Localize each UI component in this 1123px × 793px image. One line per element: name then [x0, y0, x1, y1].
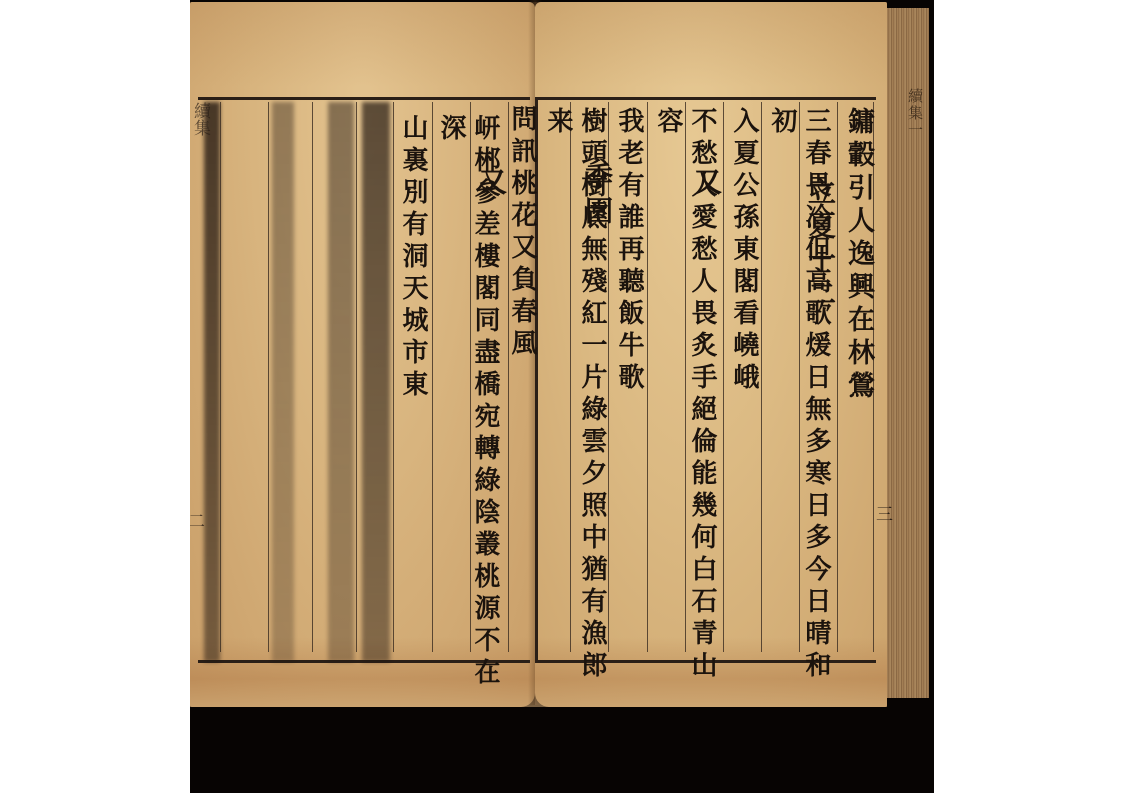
spine-edge-title: 續集一	[890, 88, 926, 178]
ink-bleed-smear	[204, 102, 220, 662]
margin-folio-mark: 二	[190, 507, 205, 532]
folio-number: 三	[876, 500, 893, 525]
right-page: 鏞轂引人逸興在林鶯 立夏十二 三春畏冷但高歌煖日無多寒日多今日晴和初 入夏公孫東…	[535, 2, 887, 707]
column-text-line: 樹頭樹底無殘紅一片綠雲夕照中猶有漁郎来	[541, 107, 609, 707]
column-rule	[312, 102, 313, 652]
water-stain-top	[535, 2, 887, 87]
column-rule	[432, 102, 433, 652]
column-rule	[268, 102, 269, 652]
column-text-line: 問訊桃花又負春風	[505, 105, 539, 361]
column-rule	[393, 102, 394, 652]
margin-title-fragment: 續集	[190, 102, 213, 136]
column-rule	[220, 102, 221, 652]
column-rule	[837, 102, 838, 652]
column-text-line: 岍郴參差樓閣同盡橋宛轉綠陰叢桃源不在深	[434, 114, 502, 707]
column-text-line: 山裏別有洞天城市東	[396, 114, 430, 402]
ink-bleed-smear	[362, 102, 390, 662]
left-page: 續集 二 山裏別有洞天城市東 岍郴參差樓閣同盡橋宛轉綠陰叢桃源不在深 又	[190, 2, 535, 707]
column-rule	[356, 102, 357, 652]
water-stain-top	[190, 2, 535, 87]
book-scan: 續集 二 山裏別有洞天城市東 岍郴參差樓閣同盡橋宛轉綠陰叢桃源不在深 又 鏞轂引…	[190, 0, 934, 793]
ink-bleed-smear	[328, 102, 354, 662]
column-rule	[723, 102, 724, 652]
column-text-line: 我老有誰再聽飯牛歌	[612, 107, 646, 395]
column-text-line: 入夏公孫東閣看嶢峨	[727, 107, 761, 395]
ink-bleed-smear	[272, 102, 294, 662]
poem-heading: 又	[474, 167, 508, 201]
column-rule	[761, 102, 762, 652]
column-text-line: 不愁人愛愁人畏炙手絕倫能幾何白石青山容	[651, 107, 719, 707]
column-rule	[647, 102, 648, 652]
column-text-line: 鏞轂引人逸興在林鶯	[841, 107, 875, 404]
column-text-line: 三春畏冷但高歌煖日無多寒日多今日晴和初	[765, 107, 833, 707]
